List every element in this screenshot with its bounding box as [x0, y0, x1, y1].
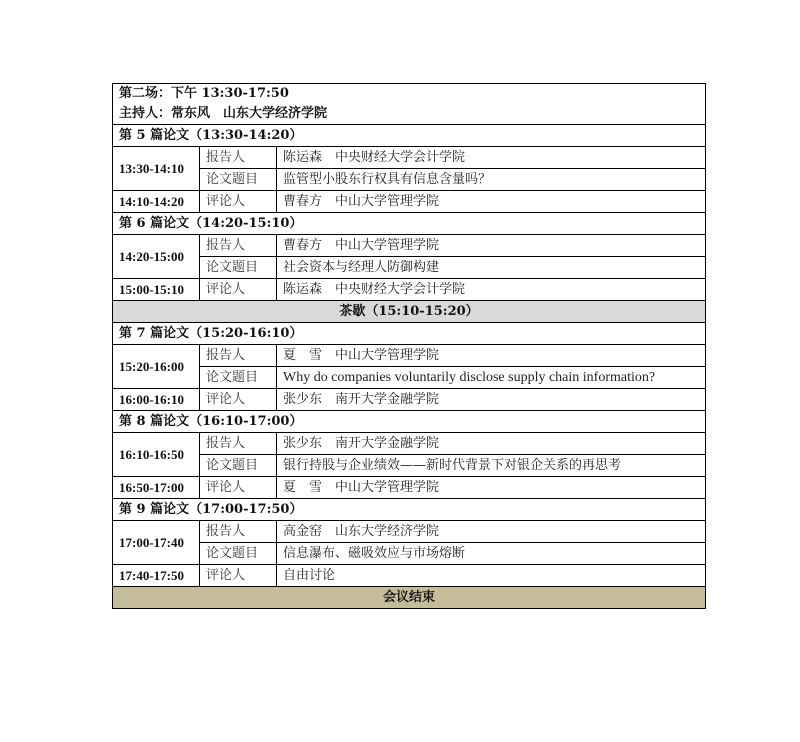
table-row: 论文题目 监管型小股东行权具有信息含量吗？ — [113, 169, 706, 191]
present-time: 17:00-17:40 — [113, 521, 200, 565]
closing: 会议结束 — [113, 587, 706, 609]
table-row: 13:30-14:10 报告人 陈运森 中央财经大学会计学院 — [113, 147, 706, 169]
tea-break: 茶歇（15:10-15:20） — [113, 301, 706, 323]
paper-title-label: 论文题目 — [200, 257, 277, 279]
discussant-value: 曹春方 中山大学管理学院 — [277, 191, 706, 213]
presenter-label: 报告人 — [200, 235, 277, 257]
paper-heading: 第 6 篇论文（14:20-15:10） — [113, 213, 706, 235]
closing-row: 会议结束 — [113, 587, 706, 609]
discuss-time: 16:50-17:00 — [113, 477, 200, 499]
table-row: 14:10-14:20 评论人 曹春方 中山大学管理学院 — [113, 191, 706, 213]
paper-title-label: 论文题目 — [200, 455, 277, 477]
presenter-value: 夏 雪 中山大学管理学院 — [277, 345, 706, 367]
table-row: 16:10-16:50 报告人 张少东 南开大学金融学院 — [113, 433, 706, 455]
paper-heading-row: 第 7 篇论文（15:20-16:10） — [113, 323, 706, 345]
table-row: 16:00-16:10 评论人 张少东 南开大学金融学院 — [113, 389, 706, 411]
paper-title-label: 论文题目 — [200, 169, 277, 191]
paper-title-value: Why do companies voluntarily disclose su… — [277, 367, 706, 389]
present-time: 15:20-16:00 — [113, 345, 200, 389]
present-time: 16:10-16:50 — [113, 433, 200, 477]
discuss-time: 16:00-16:10 — [113, 389, 200, 411]
presenter-label: 报告人 — [200, 521, 277, 543]
presenter-label: 报告人 — [200, 345, 277, 367]
table-row: 15:20-16:00 报告人 夏 雪 中山大学管理学院 — [113, 345, 706, 367]
paper-title-value: 信息瀑布、磁吸效应与市场熔断 — [277, 543, 706, 565]
presenter-label: 报告人 — [200, 147, 277, 169]
presenter-value: 高金窑 山东大学经济学院 — [277, 521, 706, 543]
discussant-label: 评论人 — [200, 477, 277, 499]
paper-heading: 第 9 篇论文（17:00-17:50） — [113, 499, 706, 521]
session-host: 主持人：常东风 山东大学经济学院 — [119, 104, 699, 124]
tea-break-row: 茶歇（15:10-15:20） — [113, 301, 706, 323]
paper-heading-row: 第 6 篇论文（14:20-15:10） — [113, 213, 706, 235]
paper-title-value: 监管型小股东行权具有信息含量吗？ — [277, 169, 706, 191]
discussant-value: 张少东 南开大学金融学院 — [277, 389, 706, 411]
discussant-label: 评论人 — [200, 389, 277, 411]
table-row: 14:20-15:00 报告人 曹春方 中山大学管理学院 — [113, 235, 706, 257]
paper-heading: 第 5 篇论文（13:30-14:20） — [113, 125, 706, 147]
paper-heading: 第 7 篇论文（15:20-16:10） — [113, 323, 706, 345]
discussant-label: 评论人 — [200, 191, 277, 213]
table-row: 17:00-17:40 报告人 高金窑 山东大学经济学院 — [113, 521, 706, 543]
table-row: 17:40-17:50 评论人 自由讨论 — [113, 565, 706, 587]
table-row: 16:50-17:00 评论人 夏 雪 中山大学管理学院 — [113, 477, 706, 499]
table-row: 论文题目 银行持股与企业绩效——新时代背景下对银企关系的再思考 — [113, 455, 706, 477]
session-header-row: 第二场：下午 13:30-17:50 主持人：常东风 山东大学经济学院 — [113, 84, 706, 125]
paper-heading-row: 第 9 篇论文（17:00-17:50） — [113, 499, 706, 521]
discuss-time: 15:00-15:10 — [113, 279, 200, 301]
presenter-value: 张少东 南开大学金融学院 — [277, 433, 706, 455]
discussant-value: 夏 雪 中山大学管理学院 — [277, 477, 706, 499]
discussant-label: 评论人 — [200, 565, 277, 587]
discussant-value: 陈运森 中央财经大学会计学院 — [277, 279, 706, 301]
discuss-time: 14:10-14:20 — [113, 191, 200, 213]
presenter-value: 曹春方 中山大学管理学院 — [277, 235, 706, 257]
paper-title-label: 论文题目 — [200, 367, 277, 389]
table-row: 论文题目 信息瀑布、磁吸效应与市场熔断 — [113, 543, 706, 565]
paper-heading-row: 第 8 篇论文（16:10-17:00） — [113, 411, 706, 433]
discuss-time: 17:40-17:50 — [113, 565, 200, 587]
paper-title-label: 论文题目 — [200, 543, 277, 565]
discussant-label: 评论人 — [200, 279, 277, 301]
table-row: 论文题目 Why do companies voluntarily disclo… — [113, 367, 706, 389]
session-title: 第二场：下午 13:30-17:50 — [119, 84, 699, 104]
table-row: 15:00-15:10 评论人 陈运森 中央财经大学会计学院 — [113, 279, 706, 301]
presenter-value: 陈运森 中央财经大学会计学院 — [277, 147, 706, 169]
presenter-label: 报告人 — [200, 433, 277, 455]
present-time: 13:30-14:10 — [113, 147, 200, 191]
paper-heading-row: 第 5 篇论文（13:30-14:20） — [113, 125, 706, 147]
present-time: 14:20-15:00 — [113, 235, 200, 279]
table-row: 论文题目 社会资本与经理人防御构建 — [113, 257, 706, 279]
agenda-table: 第二场：下午 13:30-17:50 主持人：常东风 山东大学经济学院 第 5 … — [112, 83, 706, 609]
paper-title-value: 社会资本与经理人防御构建 — [277, 257, 706, 279]
session-header: 第二场：下午 13:30-17:50 主持人：常东风 山东大学经济学院 — [113, 84, 706, 125]
paper-title-value: 银行持股与企业绩效——新时代背景下对银企关系的再思考 — [277, 455, 706, 477]
paper-heading: 第 8 篇论文（16:10-17:00） — [113, 411, 706, 433]
discussant-value: 自由讨论 — [277, 565, 706, 587]
